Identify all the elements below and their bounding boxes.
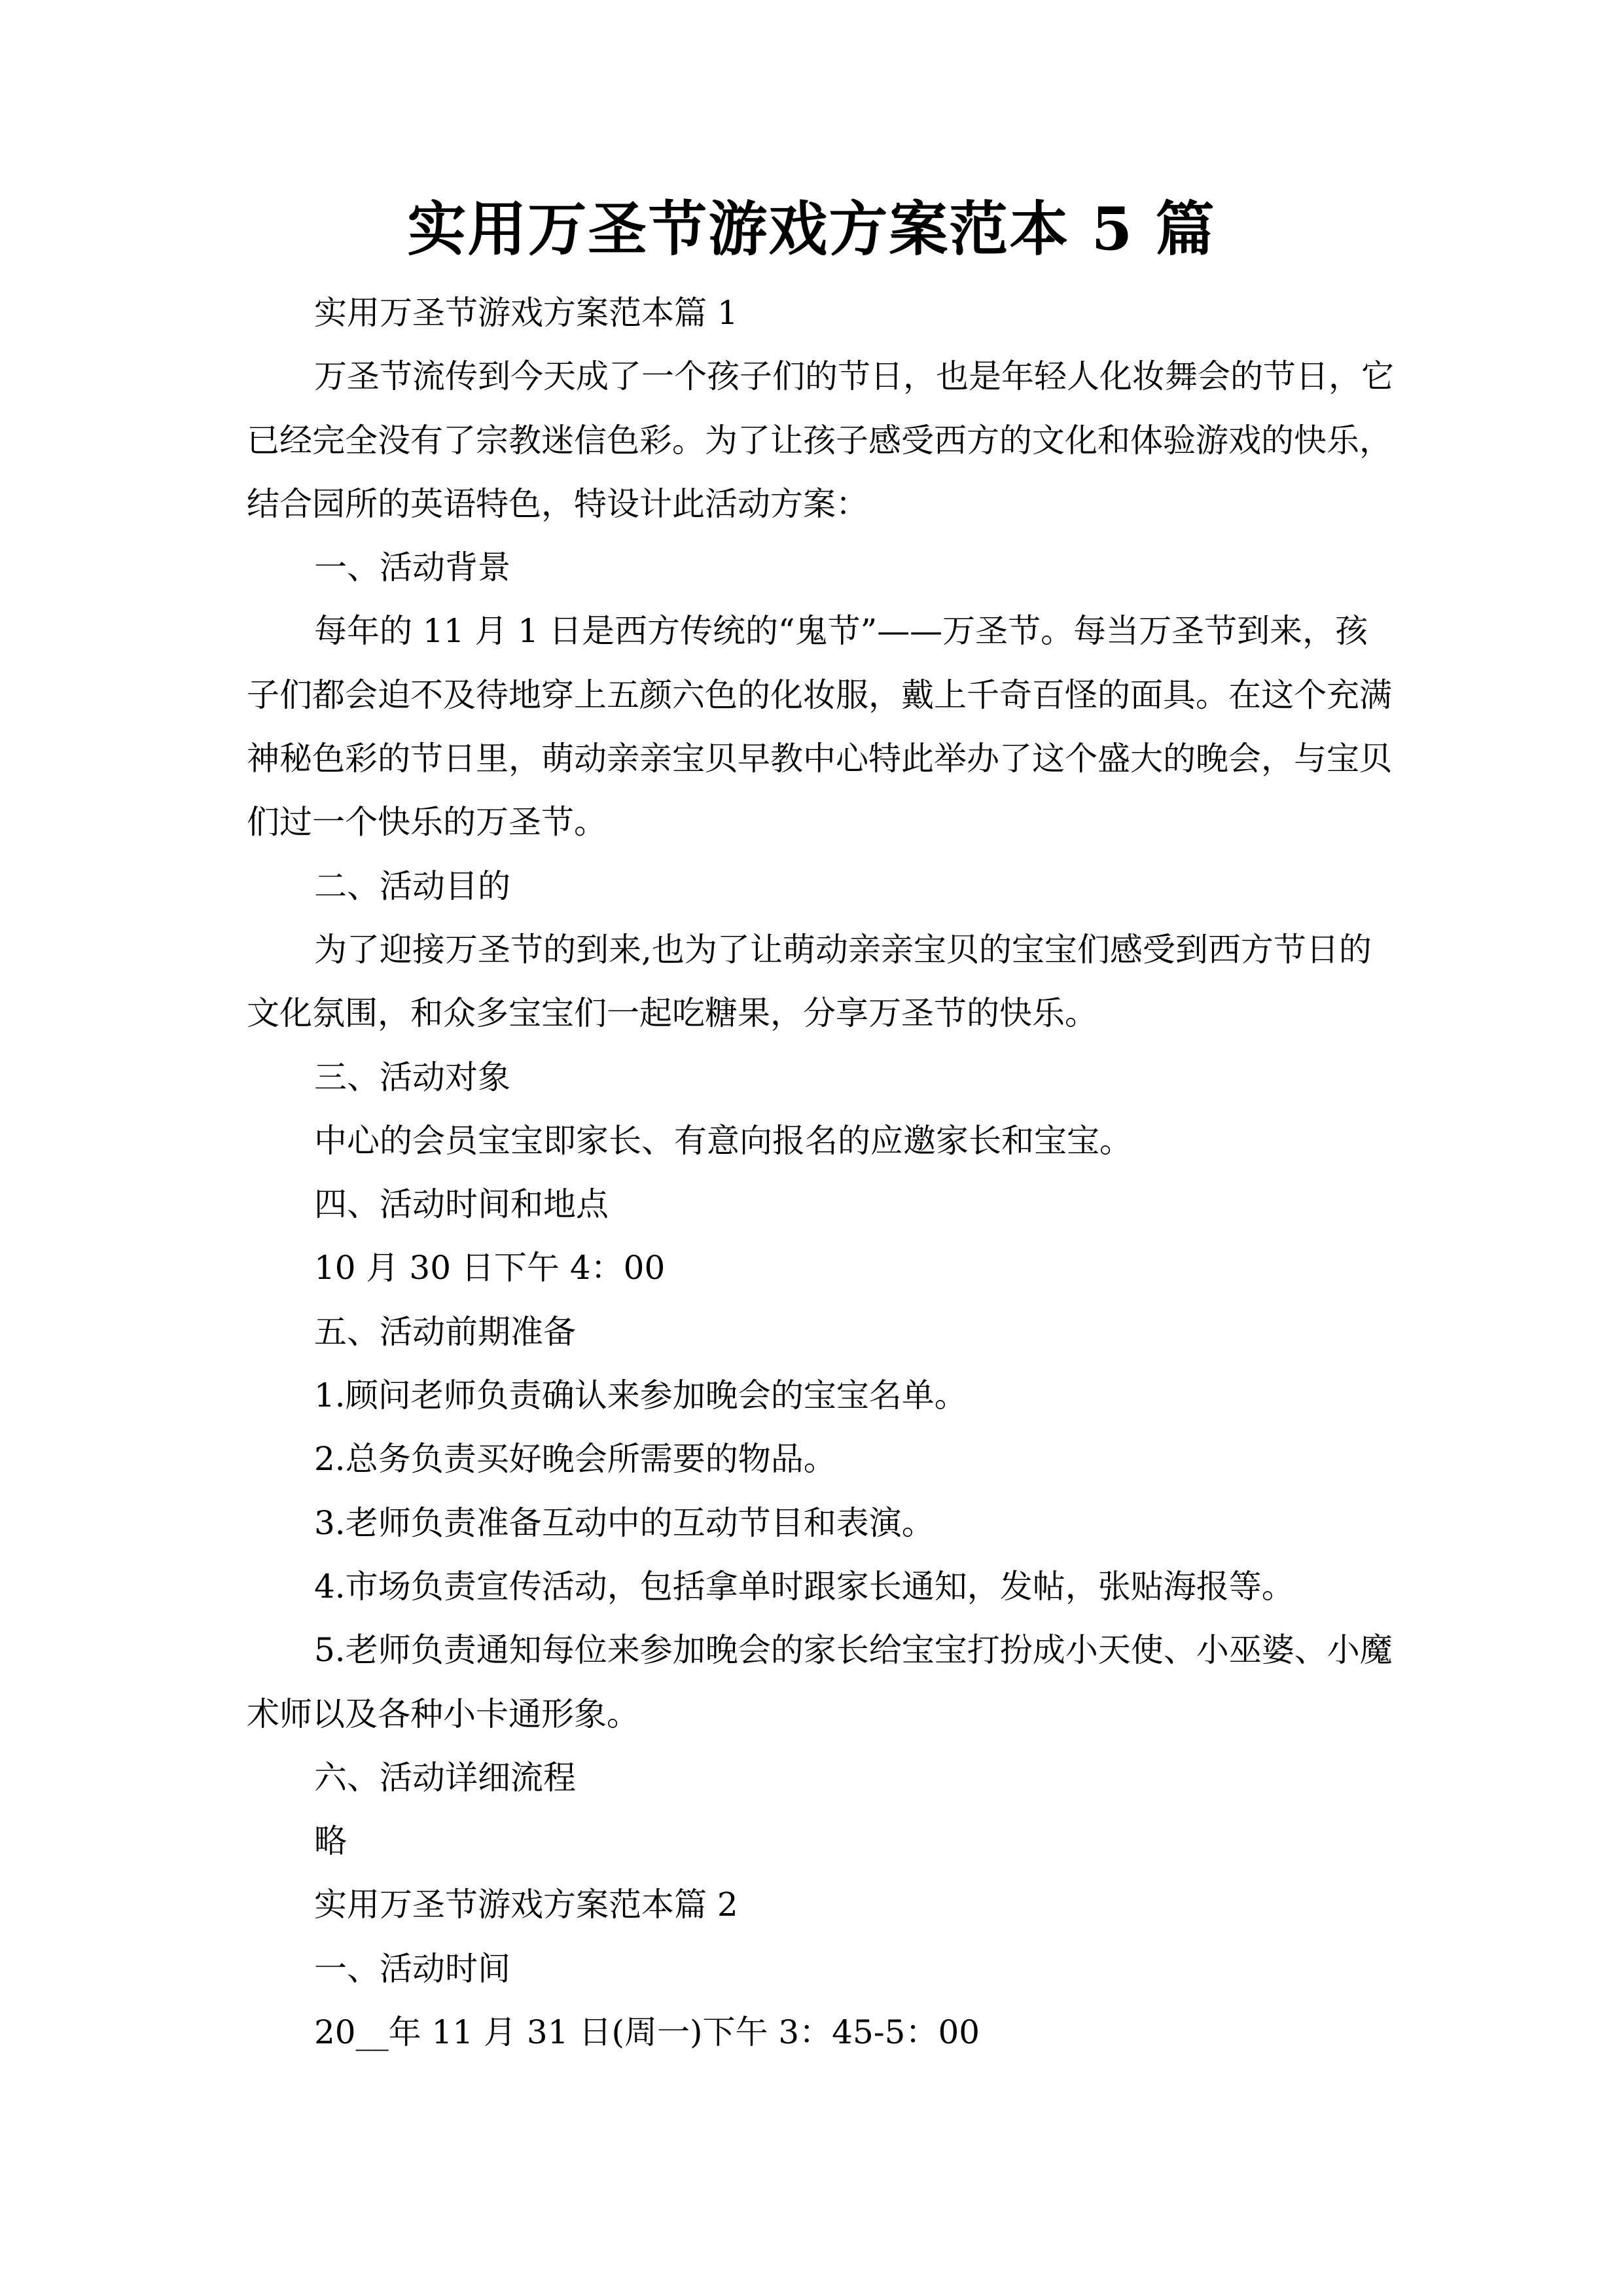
text-line: 们过一个快乐的万圣节。 [247,791,1412,854]
text-line: 六、活动详细流程 [247,1746,1412,1810]
text-line: 20__年 11 月 31 日(周一)下午 3：45-5：00 [247,2001,1412,2064]
text-line: 实用万圣节游戏方案范本篇 2 [247,1873,1412,1937]
text-line: 五、活动前期准备 [247,1300,1412,1364]
text-line: 文化氛围，和众多宝宝们一起吃糖果，分享万圣节的快乐。 [247,982,1412,1045]
text-line: 实用万圣节游戏方案范本篇 1 [247,281,1412,345]
document-body: 实用万圣节游戏方案范本篇 1万圣节流传到今天成了一个孩子们的节日，也是年轻人化妆… [247,281,1412,2064]
text-line: 1.顾问老师负责确认来参加晚会的宝宝名单。 [247,1364,1412,1427]
text-line: 万圣节流传到今天成了一个孩子们的节日，也是年轻人化妆舞会的节日，它 [247,345,1412,408]
document-page: 实用万圣节游戏方案范本 5 篇 实用万圣节游戏方案范本篇 1万圣节流传到今天成了… [0,0,1623,2296]
text-line: 10 月 30 日下午 4：00 [247,1236,1412,1300]
text-line: 一、活动时间 [247,1937,1412,2001]
text-line: 子们都会迫不及待地穿上五颜六色的化妆服，戴上千奇百怪的面具。在这个充满 [247,664,1412,727]
text-line: 结合园所的英语特色，特设计此活动方案： [247,473,1412,536]
text-line: 2.总务负责买好晚会所需要的物品。 [247,1427,1412,1491]
text-line: 略 [247,1810,1412,1873]
text-line: 每年的 11 月 1 日是西方传统的“鬼节”——万圣节。每当万圣节到来，孩 [247,600,1412,663]
text-line: 3.老师负责准备互动中的互动节目和表演。 [247,1492,1412,1555]
text-line: 三、活动对象 [247,1046,1412,1109]
text-line: 中心的会员宝宝即家长、有意向报名的应邀家长和宝宝。 [247,1109,1412,1173]
text-line: 为了迎接万圣节的到来,也为了让萌动亲亲宝贝的宝宝们感受到西方节日的 [247,918,1412,982]
text-line: 四、活动时间和地点 [247,1173,1412,1236]
text-line: 一、活动背景 [247,536,1412,600]
text-line: 神秘色彩的节日里，萌动亲亲宝贝早教中心特此举办了这个盛大的晚会，与宝贝 [247,727,1412,791]
text-line: 已经完全没有了宗教迷信色彩。为了让孩子感受西方的文化和体验游戏的快乐， [247,409,1412,473]
document-title: 实用万圣节游戏方案范本 5 篇 [0,185,1623,274]
text-line: 二、活动目的 [247,855,1412,918]
text-line: 4.市场负责宣传活动，包括拿单时跟家长通知，发帖，张贴海报等。 [247,1555,1412,1619]
text-line: 5.老师负责通知每位来参加晚会的家长给宝宝打扮成小天使、小巫婆、小魔 [247,1619,1412,1682]
text-line: 术师以及各种小卡通形象。 [247,1683,1412,1746]
